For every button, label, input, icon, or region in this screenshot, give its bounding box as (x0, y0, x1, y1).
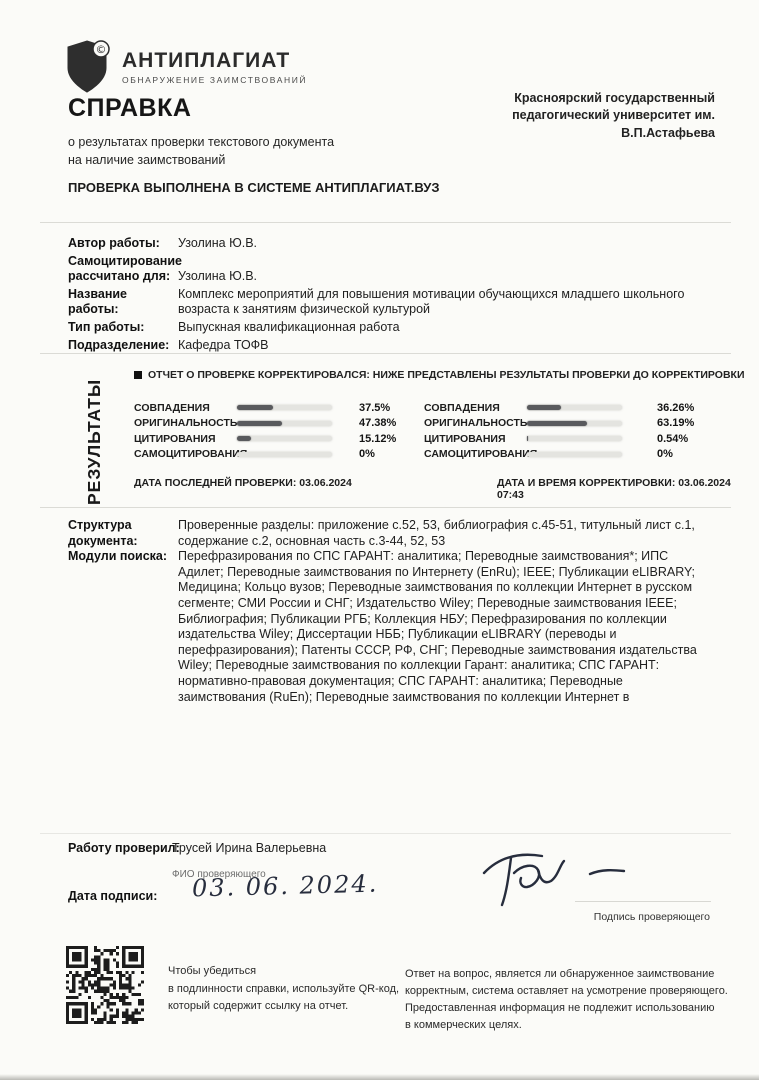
metric-bar (527, 421, 622, 426)
metric-row: САМОЦИТИРОВАНИЯ 0% (424, 447, 724, 463)
university-name: Красноярский государственный педагогичес… (465, 90, 715, 142)
metric-bar (237, 405, 332, 410)
meta-value: Узолина Ю.В. (178, 269, 714, 284)
details-value: Перефразирования по СПС ГАРАНТ: аналитик… (178, 549, 714, 705)
metric-label: САМОЦИТИРОВАНИЯ (424, 448, 527, 460)
divider (40, 222, 731, 223)
qr-code (66, 946, 144, 1024)
metric-label: ОРИГИНАЛЬНОСТЬ (134, 417, 237, 429)
metric-bar (527, 405, 622, 410)
results-after-correction: СОВПАДЕНИЯ 36.26% ОРИГИНАЛЬНОСТЬ 63.19% … (424, 400, 724, 462)
metric-percent: 0.54% (657, 433, 688, 445)
metric-row: ЦИТИРОВАНИЯ 15.12% (134, 431, 434, 447)
meta-label: Подразделение: (68, 338, 172, 353)
signature-line (575, 901, 711, 902)
logo-text: АНТИПЛАГИАТ ОБНАРУЖЕНИЕ ЗАИМСТВОВАНИЙ (122, 49, 307, 85)
divider (40, 833, 731, 834)
page-title: СПРАВКА (68, 94, 191, 123)
metric-label: ОРИГИНАЛЬНОСТЬ (424, 417, 527, 429)
metric-bar (527, 436, 622, 441)
svg-text:©: © (96, 43, 107, 56)
metric-bar (237, 436, 332, 441)
metric-percent: 37.5% (359, 402, 390, 414)
metric-label: ЦИТИРОВАНИЯ (134, 433, 237, 445)
metric-row: ОРИГИНАЛЬНОСТЬ 63.19% (424, 416, 724, 432)
certificate-page: © АНТИПЛАГИАТ ОБНАРУЖЕНИЕ ЗАИМСТВОВАНИЙ … (0, 0, 759, 1080)
system-line: ПРОВЕРКА ВЫПОЛНЕНА В СИСТЕМЕ АНТИПЛАГИАТ… (68, 180, 440, 195)
meta-value: Кафедра ТОФВ (178, 338, 714, 353)
logo-title: АНТИПЛАГИАТ (122, 49, 307, 73)
metric-percent: 15.12% (359, 433, 396, 445)
meta-label: Самоцитирование рассчитано для: (68, 254, 172, 284)
metric-row: СОВПАДЕНИЯ 36.26% (424, 400, 724, 416)
metric-label: САМОЦИТИРОВАНИЯ (134, 448, 237, 460)
divider (40, 353, 731, 354)
meta-label: Автор работы: (68, 236, 172, 251)
metric-percent: 63.19% (657, 417, 694, 429)
details-value: Проверенные разделы: приложение с.52, 53… (178, 518, 714, 549)
shield-icon: © (64, 38, 112, 96)
disclaimer: Ответ на вопрос, является ли обнаруженно… (405, 966, 735, 1034)
metric-row: САМОЦИТИРОВАНИЯ 0% (134, 447, 434, 463)
metric-percent: 0% (657, 448, 673, 460)
correction-note: ОТЧЕТ О ПРОВЕРКЕ КОРРЕКТИРОВАЛСЯ: НИЖЕ П… (134, 369, 745, 381)
black-square-icon (134, 371, 142, 379)
metric-row: ОРИГИНАЛЬНОСТЬ 47.38% (134, 416, 434, 432)
metric-label: СОВПАДЕНИЯ (424, 402, 527, 414)
metric-row: СОВПАДЕНИЯ 37.5% (134, 400, 434, 416)
metric-percent: 0% (359, 448, 375, 460)
divider (40, 507, 731, 508)
qr-note: Чтобы убедиться в подлинности справки, и… (168, 963, 399, 1016)
page-subtitle: о результатах проверки текстового докуме… (68, 133, 334, 169)
metric-label: ЦИТИРОВАНИЯ (424, 433, 527, 445)
correction-note-text: ОТЧЕТ О ПРОВЕРКЕ КОРРЕКТИРОВАЛСЯ: НИЖЕ П… (148, 369, 745, 381)
checked-by-name: Трусей Ирина Валерьевна (172, 841, 326, 855)
meta-value: Узолина Ю.В. (178, 236, 714, 251)
meta-label: Название работы: (68, 287, 172, 317)
metric-bar (237, 421, 332, 426)
handwritten-date: 03. 06. 2024. (192, 870, 379, 903)
signature-caption: Подпись проверяющего (594, 911, 710, 923)
document-metadata: Автор работы: Узолина Ю.В. Самоцитирован… (68, 236, 714, 353)
meta-value: Выпускная квалификационная работа (178, 320, 714, 335)
antiplagiat-logo: © АНТИПЛАГИАТ ОБНАРУЖЕНИЕ ЗАИМСТВОВАНИЙ (64, 38, 307, 96)
scan-edge-shadow (0, 1074, 759, 1080)
metric-row: ЦИТИРОВАНИЯ 0.54% (424, 431, 724, 447)
metric-percent: 36.26% (657, 402, 694, 414)
last-check-date: ДАТА ПОСЛЕДНЕЙ ПРОВЕРКИ: 03.06.2024 (134, 477, 352, 489)
check-details: Структура документа: Проверенные разделы… (68, 518, 714, 705)
details-label: Структура документа: (68, 518, 172, 549)
meta-value: Комплекс мероприятий для повышения мотив… (178, 287, 714, 317)
meta-label: Тип работы: (68, 320, 172, 335)
results-before-correction: СОВПАДЕНИЯ 37.5% ОРИГИНАЛЬНОСТЬ 47.38% Ц… (134, 400, 434, 462)
sign-date-label: Дата подписи: (68, 889, 157, 903)
results-section-label: РЕЗУЛЬТАТЫ (84, 363, 105, 505)
logo-subtitle: ОБНАРУЖЕНИЕ ЗАИМСТВОВАНИЙ (122, 75, 307, 85)
checked-by-label: Работу проверил: (68, 841, 180, 855)
details-label: Модули поиска: (68, 549, 172, 705)
metric-bar (237, 452, 332, 457)
metric-percent: 47.38% (359, 417, 396, 429)
metric-bar (527, 452, 622, 457)
metric-label: СОВПАДЕНИЯ (134, 402, 237, 414)
correction-datetime: ДАТА И ВРЕМЯ КОРРЕКТИРОВКИ: 03.06.2024 0… (497, 477, 759, 501)
